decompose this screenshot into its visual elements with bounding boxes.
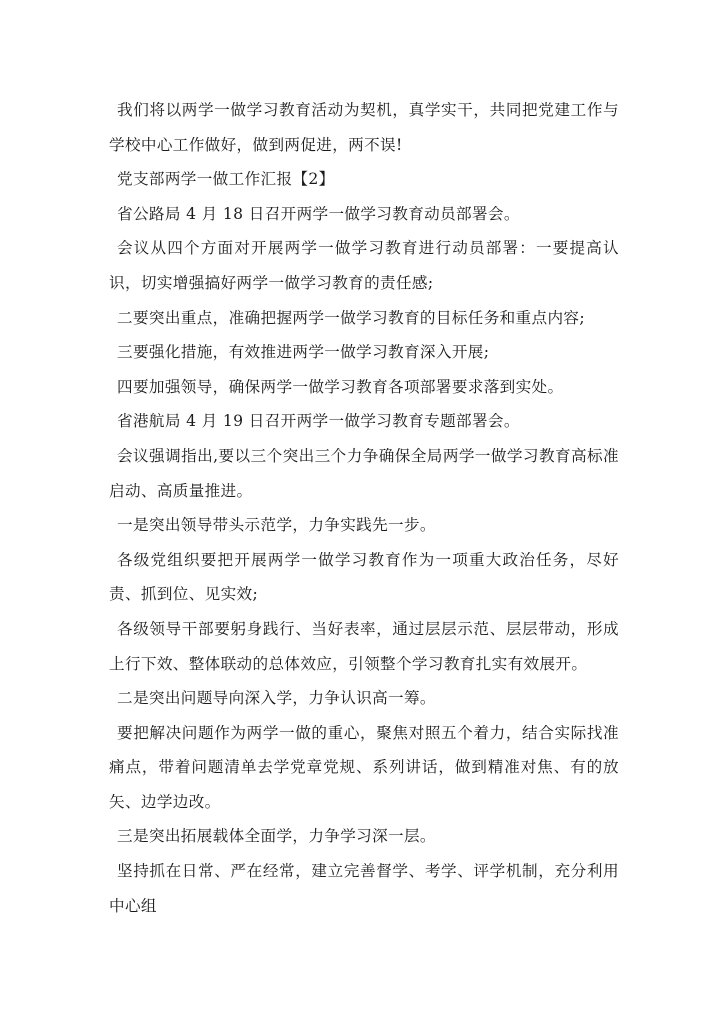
paragraph-leading-cadres: 各级领导干部要躬身践行、当好表率，通过层层示范、层层带动，形成上行下效、整体联动… xyxy=(109,612,619,681)
document-page: 我们将以两学一做学习教育活动为契机，真学实干，共同把党建工作与学校中心工作做好，… xyxy=(109,93,619,923)
paragraph-point-two: 二是突出问题导向深入学，力争认识高一筹。 xyxy=(109,681,619,716)
paragraph-second-requirement: 二要突出重点，准确把握两学一做学习教育的目标任务和重点内容; xyxy=(109,301,619,336)
paragraph-four-aspects: 会议从四个方面对开展两学一做学习教育进行动员部署：一要提高认识，切实增强搞好两学… xyxy=(109,231,619,300)
paragraph-point-one: 一是突出领导带头示范学，力争实践先一步。 xyxy=(109,508,619,543)
paragraph-fourth-requirement: 四要加强领导，确保两学一做学习教育各项部署要求落到实处。 xyxy=(109,370,619,405)
paragraph-closing-statement: 我们将以两学一做学习教育活动为契机，真学实干，共同把党建工作与学校中心工作做好，… xyxy=(109,93,619,162)
paragraph-section-heading: 党支部两学一做工作汇报【2】 xyxy=(109,162,619,197)
paragraph-party-organizations: 各级党组织要把开展两学一做学习教育作为一项重大政治任务，尽好责、抓到位、见实效; xyxy=(109,543,619,612)
paragraph-problem-solving: 要把解决问题作为两学一做的重心，聚焦对照五个着力，结合实际找准痛点，带着问题清单… xyxy=(109,716,619,820)
paragraph-point-three: 三是突出拓展载体全面学，力争学习深一层。 xyxy=(109,819,619,854)
paragraph-third-requirement: 三要强化措施，有效推进两学一做学习教育深入开展; xyxy=(109,335,619,370)
paragraph-highway-bureau-meeting: 省公路局 4 月 18 日召开两学一做学习教育动员部署会。 xyxy=(109,197,619,232)
paragraph-port-bureau-meeting: 省港航局 4 月 19 日召开两学一做学习教育专题部署会。 xyxy=(109,404,619,439)
paragraph-meeting-emphasis: 会议强调指出,要以三个突出三个力争确保全局两学一做学习教育高标准启动、高质量推进… xyxy=(109,439,619,508)
paragraph-mechanisms: 坚持抓在日常、严在经常，建立完善督学、考学、评学机制，充分利用中心组 xyxy=(109,854,619,923)
